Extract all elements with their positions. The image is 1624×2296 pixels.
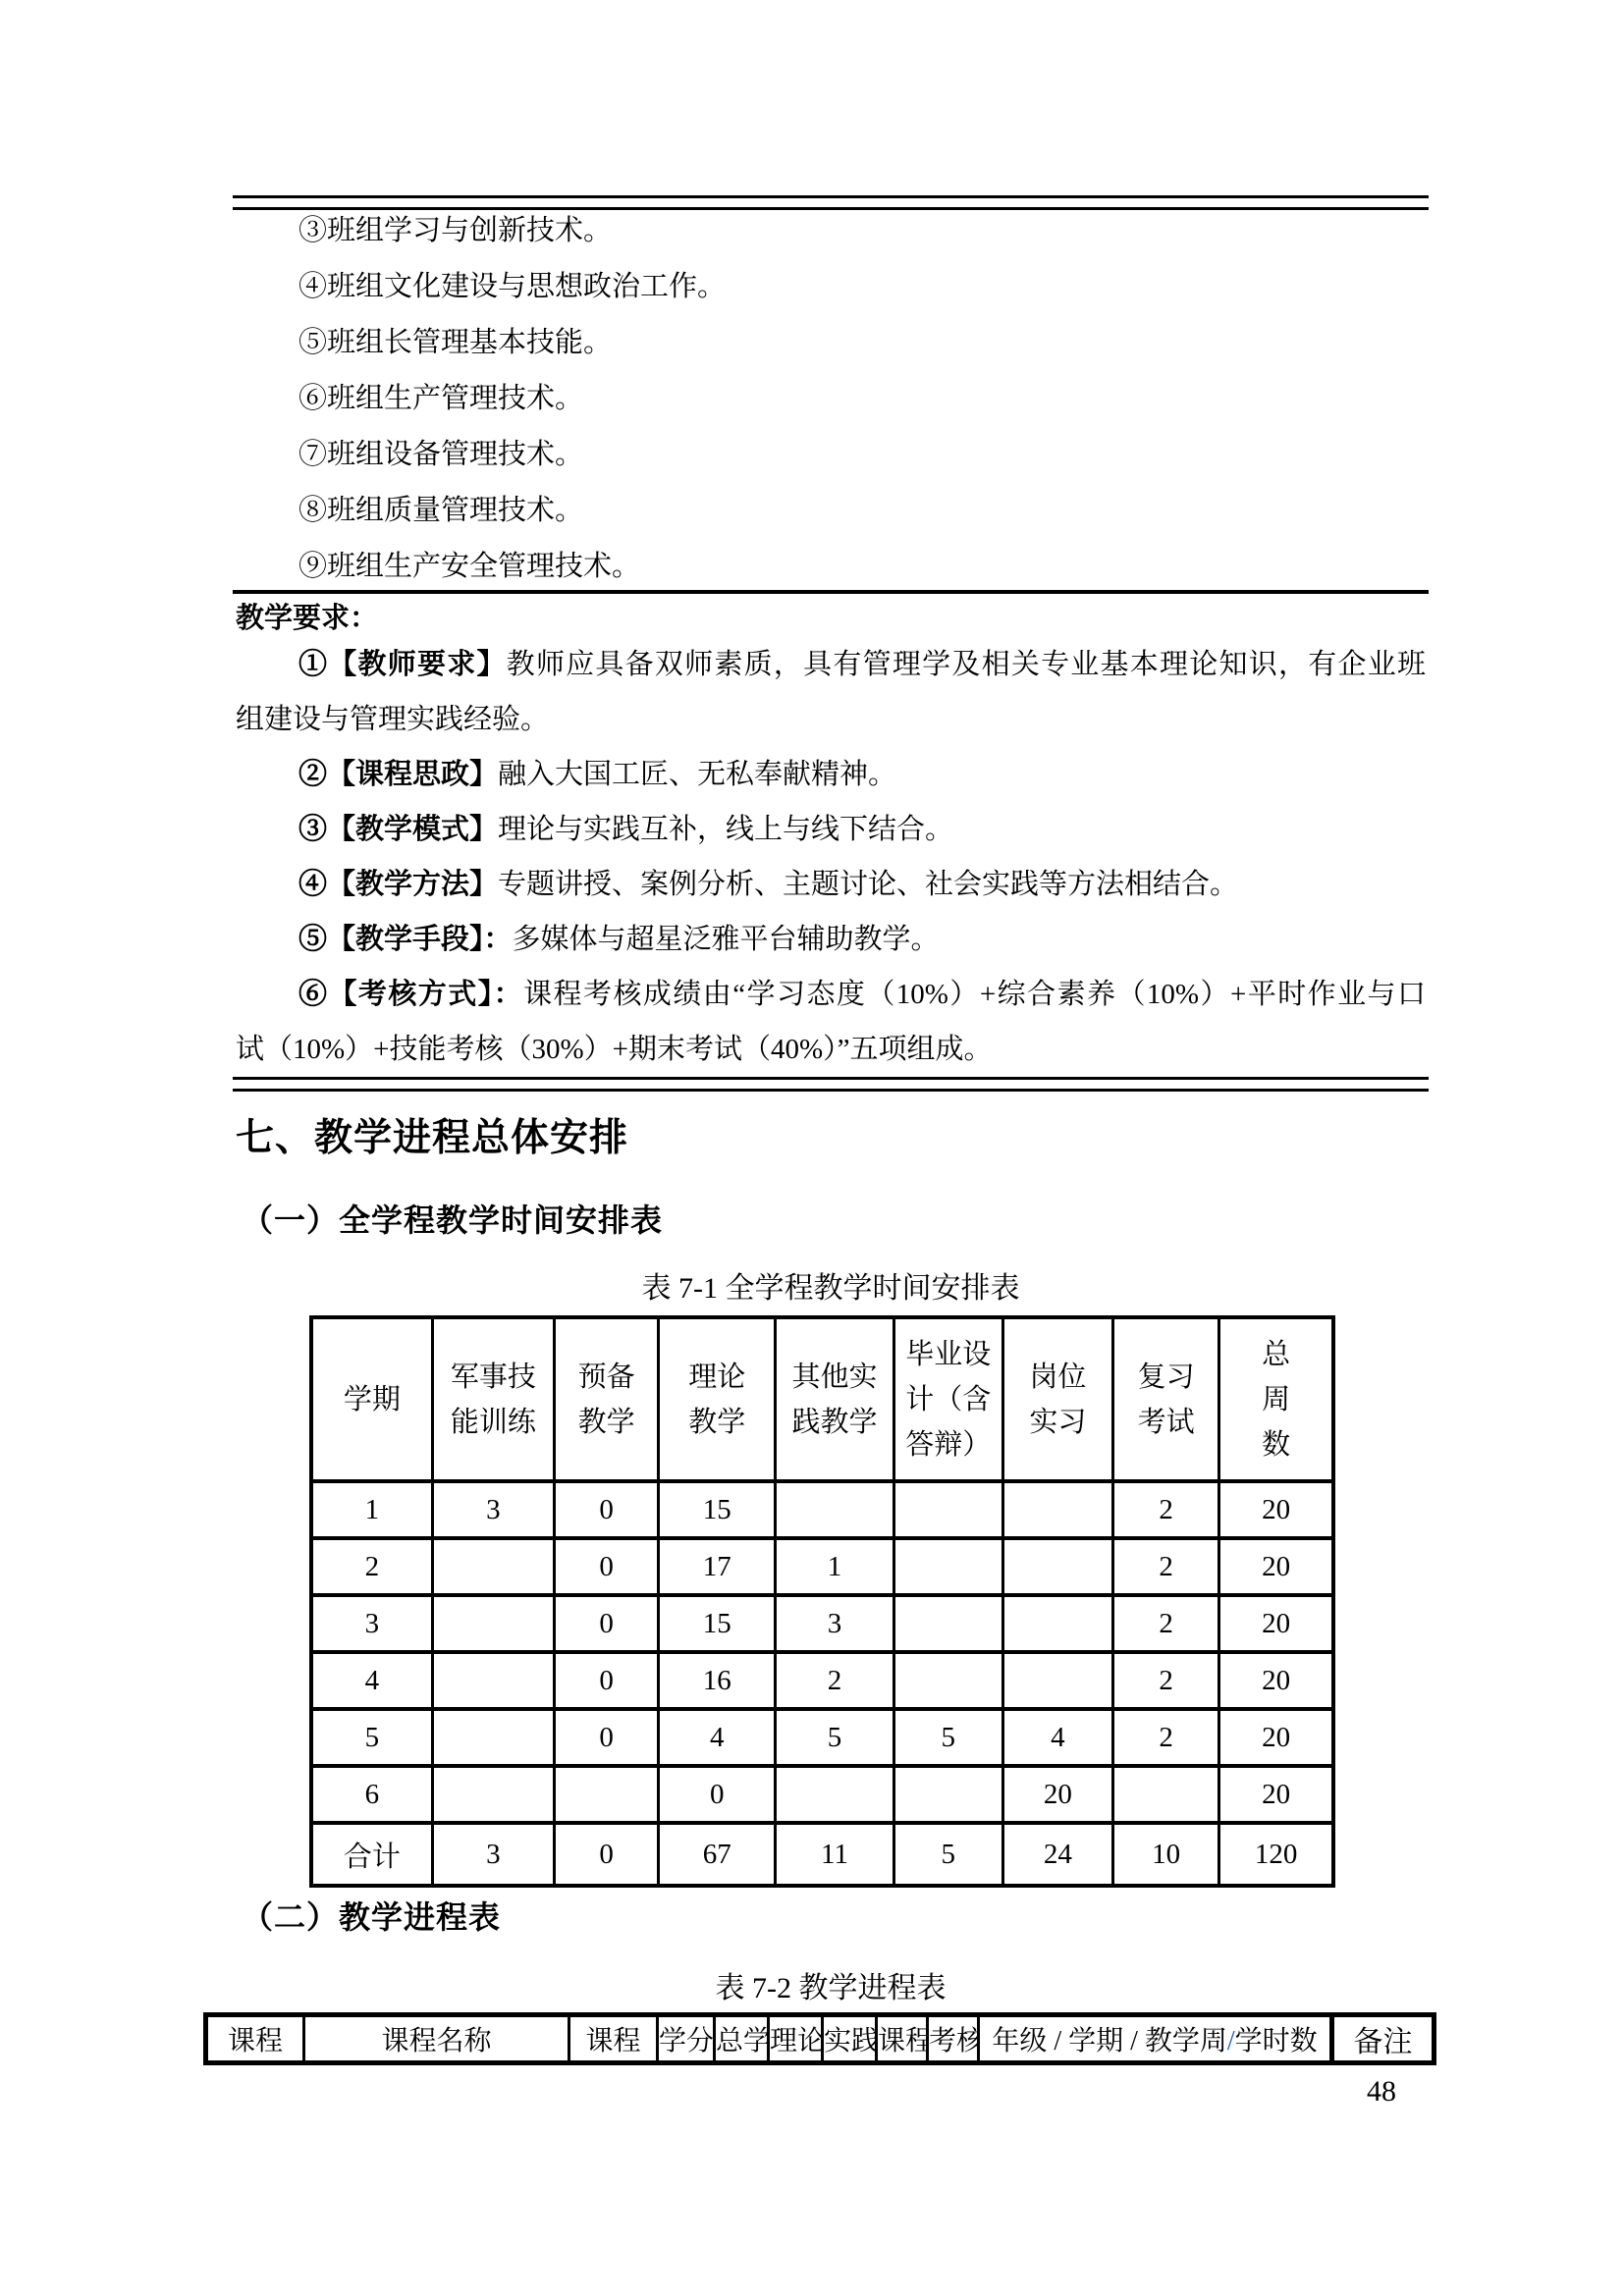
- table1-cell: [1002, 1595, 1112, 1652]
- table1-cell: 16: [659, 1652, 776, 1709]
- table2-header-cell: 学分: [658, 2015, 715, 2063]
- schedule-header-blue-slash: /: [1227, 2026, 1235, 2056]
- table1-cell: [893, 1595, 1002, 1652]
- table2-header-cell: 课程: [206, 2015, 304, 2063]
- content-item: ⑤班组长管理基本技能。: [236, 315, 1426, 371]
- table1-header-cell: 理论 教学: [659, 1317, 776, 1481]
- requirement-line: 试（10%）+技能考核（30%）+期末考试（40%）”五项组成。: [236, 1022, 1426, 1077]
- table1-cell: 2: [776, 1652, 893, 1709]
- table1-total-cell: 67: [659, 1823, 776, 1886]
- table1-cell: 20: [1219, 1652, 1333, 1709]
- table1-total-cell: 24: [1002, 1823, 1112, 1886]
- table1-cell: 2: [1113, 1709, 1219, 1766]
- table2-schedule-header-cell: 年级 / 学期 / 教学周/学时数: [979, 2015, 1332, 2063]
- requirement-line: 组建设与管理实践经验。: [236, 692, 1426, 747]
- requirement-tag: ①【教师要求】: [298, 649, 507, 680]
- table1-cell: 0: [659, 1766, 776, 1823]
- table1-row: 30153220: [311, 1595, 1333, 1652]
- table1-cell: 20: [1219, 1766, 1333, 1823]
- table-7-1-header: 学期军事技 能训练预备 教学理论 教学其他实 践教学毕业设 计（含 答辩）岗位 …: [311, 1317, 1333, 1481]
- table1-total-cell: 11: [776, 1823, 893, 1886]
- table1-cell: 2: [1113, 1595, 1219, 1652]
- subsection-1-heading: （一）全学程教学时间安排表: [242, 1196, 663, 1241]
- table-7-1-body: 1301522020171220301532204016222050455422…: [311, 1481, 1333, 1886]
- table1-cell: 3: [776, 1595, 893, 1652]
- content-item: ⑨班组生产安全管理技术。: [236, 539, 1426, 595]
- requirement-tag: ③【教学模式】: [298, 814, 498, 845]
- table1-total-row: 合计30671152410120: [311, 1823, 1333, 1886]
- teaching-requirements-heading: 教学要求：: [236, 590, 1426, 637]
- requirement-line: ⑤【教学手段】：多媒体与超星泛雅平台辅助教学。: [236, 912, 1426, 967]
- table-7-2-header-row: 课程课程名称课程学分总学理论实践课程考核年级 / 学期 / 教学周/学时数备注: [206, 2015, 1435, 2063]
- table-7-2-progress-header: 课程课程名称课程学分总学理论实践课程考核年级 / 学期 / 教学周/学时数备注: [203, 2012, 1436, 2065]
- table2-header-cell: 理论: [769, 2015, 823, 2063]
- table1-cell: [893, 1538, 1002, 1595]
- table1-total-cell: 3: [432, 1823, 554, 1886]
- table1-row: 504554220: [311, 1709, 1333, 1766]
- table-7-2-caption: 表 7-2 教学进程表: [233, 1963, 1429, 2006]
- table1-cell: 2: [1113, 1481, 1219, 1538]
- table1-cell: 3: [311, 1595, 432, 1652]
- table1-cell: [1113, 1766, 1219, 1823]
- table1-cell: 0: [554, 1709, 658, 1766]
- schedule-header-suffix: 学时数: [1235, 2026, 1318, 2056]
- table1-cell: 1: [311, 1481, 432, 1538]
- table1-cell: [432, 1538, 554, 1595]
- requirement-line: ⑥【考核方式】：课程考核成绩由“学习态度（10%）+综合素养（10%）+平时作业…: [236, 967, 1426, 1022]
- table1-cell: [1002, 1538, 1112, 1595]
- table2-header-cell: 课程: [569, 2015, 658, 2063]
- table1-cell: 1: [776, 1538, 893, 1595]
- table1-cell: 4: [311, 1652, 432, 1709]
- content-item: ⑦班组设备管理技术。: [236, 427, 1426, 483]
- table1-cell: 15: [659, 1481, 776, 1538]
- table2-header-cell: 课程名称: [304, 2015, 569, 2063]
- table-7-1-caption: 表 7-1 全学程教学时间安排表: [233, 1263, 1429, 1307]
- requirement-text: 专题讲授、案例分析、主题讨论、社会实践等方法相结合。: [498, 869, 1238, 900]
- content-item: ④班组文化建设与思想政治工作。: [236, 259, 1426, 315]
- course-content-item-list: ③班组学习与创新技术。④班组文化建设与思想政治工作。⑤班组长管理基本技能。⑥班组…: [236, 203, 1426, 595]
- requirement-text: 理论与实践互补，线上与线下结合。: [498, 814, 953, 845]
- document-page: ③班组学习与创新技术。④班组文化建设与思想政治工作。⑤班组长管理基本技能。⑥班组…: [0, 0, 1624, 2296]
- table1-cell: 6: [311, 1766, 432, 1823]
- table1-row: 20171220: [311, 1538, 1333, 1595]
- subsection-2-heading: （二）教学进程表: [242, 1893, 501, 1938]
- table1-cell: 5: [893, 1709, 1002, 1766]
- teaching-requirements-block: 教学要求： ①【教师要求】教师应具备双师素质，具有管理学及相关专业基本理论知识，…: [236, 590, 1426, 1077]
- table1-row: 40162220: [311, 1652, 1333, 1709]
- table2-header-cell: 总学: [715, 2015, 769, 2063]
- table1-row: 602020: [311, 1766, 1333, 1823]
- requirement-tag: ④【教学方法】: [298, 869, 498, 900]
- table1-cell: 5: [311, 1709, 432, 1766]
- table1-cell: [432, 1595, 554, 1652]
- table1-total-cell: 0: [554, 1823, 658, 1886]
- table1-cell: 4: [1002, 1709, 1112, 1766]
- table1-header-cell: 总 周 数: [1219, 1317, 1333, 1481]
- table1-cell: 20: [1002, 1766, 1112, 1823]
- table1-header-cell: 预备 教学: [554, 1317, 658, 1481]
- table1-total-cell: 10: [1113, 1823, 1219, 1886]
- table1-header-cell: 学期: [311, 1317, 432, 1481]
- content-item: ⑧班组质量管理技术。: [236, 483, 1426, 539]
- table1-cell: [893, 1481, 1002, 1538]
- requirement-tag: ②【课程思政】: [298, 759, 498, 790]
- table1-header-cell: 军事技 能训练: [432, 1317, 554, 1481]
- table2-remark-header-cell: 备注: [1332, 2015, 1435, 2063]
- requirement-text: 多媒体与超星泛雅平台辅助教学。: [513, 924, 940, 955]
- table1-header-cell: 复习 考试: [1113, 1317, 1219, 1481]
- table1-cell: 17: [659, 1538, 776, 1595]
- table1-cell: 5: [776, 1709, 893, 1766]
- requirement-text: 课程考核成绩由“学习态度（10%）+综合素养（10%）+平时作业与口: [523, 979, 1426, 1010]
- content-item: ⑥班组生产管理技术。: [236, 371, 1426, 427]
- table1-cell: 15: [659, 1595, 776, 1652]
- table1-cell: [432, 1766, 554, 1823]
- requirement-line: ②【课程思政】融入大国工匠、无私奉献精神。: [236, 747, 1426, 802]
- content-item: ③班组学习与创新技术。: [236, 203, 1426, 259]
- page-number: 48: [1367, 2075, 1396, 2109]
- requirement-line: ③【教学模式】理论与实践互补，线上与线下结合。: [236, 802, 1426, 857]
- requirement-tag: ⑥【考核方式】：: [298, 979, 523, 1010]
- table2-header-cell: 实践: [823, 2015, 877, 2063]
- table1-total-cell: 5: [893, 1823, 1002, 1886]
- table1-cell: 0: [554, 1652, 658, 1709]
- table1-total-cell: 合计: [311, 1823, 432, 1886]
- table1-row: 13015220: [311, 1481, 1333, 1538]
- table1-cell: 20: [1219, 1709, 1333, 1766]
- table1-cell: [432, 1652, 554, 1709]
- requirement-text: 组建设与管理实践经验。: [236, 704, 549, 735]
- table1-cell: 0: [554, 1538, 658, 1595]
- table1-cell: [1002, 1652, 1112, 1709]
- table1-cell: 0: [554, 1481, 658, 1538]
- teaching-requirements-body: ①【教师要求】教师应具备双师素质，具有管理学及相关专业基本理论知识，有企业班组建…: [236, 637, 1426, 1077]
- table1-cell: 0: [554, 1595, 658, 1652]
- table1-cell: [432, 1709, 554, 1766]
- section-7-heading: 七、教学进程总体安排: [236, 1107, 628, 1162]
- table1-header-cell: 岗位 实习: [1002, 1317, 1112, 1481]
- table1-cell: [893, 1652, 1002, 1709]
- table-continuation-rule-bottom: [233, 1077, 1429, 1092]
- table2-header-cell: 课程: [877, 2015, 928, 2063]
- requirement-line: ①【教师要求】教师应具备双师素质，具有管理学及相关专业基本理论知识，有企业班: [236, 637, 1426, 692]
- requirement-line: ④【教学方法】专题讲授、案例分析、主题讨论、社会实践等方法相结合。: [236, 857, 1426, 912]
- table1-cell: 3: [432, 1481, 554, 1538]
- table-7-1-schedule: 学期军事技 能训练预备 教学理论 教学其他实 践教学毕业设 计（含 答辩）岗位 …: [309, 1315, 1335, 1888]
- table1-cell: [893, 1766, 1002, 1823]
- table1-header-cell: 毕业设 计（含 答辩）: [893, 1317, 1002, 1481]
- schedule-header-prefix: 年级 / 学期 / 教学周: [992, 2026, 1227, 2056]
- table1-cell: 2: [1113, 1652, 1219, 1709]
- table1-cell: [1002, 1481, 1112, 1538]
- requirement-text: 教师应具备双师素质，具有管理学及相关专业基本理论知识，有企业班: [507, 649, 1426, 680]
- table1-total-cell: 120: [1219, 1823, 1333, 1886]
- table1-cell: 4: [659, 1709, 776, 1766]
- table1-cell: 2: [1113, 1538, 1219, 1595]
- table1-cell: [776, 1766, 893, 1823]
- table2-header-cell: 考核: [928, 2015, 979, 2063]
- table1-cell: 20: [1219, 1595, 1333, 1652]
- table1-header-cell: 其他实 践教学: [776, 1317, 893, 1481]
- table1-cell: 20: [1219, 1481, 1333, 1538]
- requirement-text: 融入大国工匠、无私奉献精神。: [498, 759, 896, 790]
- requirement-text: 试（10%）+技能考核（30%）+期末考试（40%）”五项组成。: [236, 1034, 993, 1065]
- requirement-tag: ⑤【教学手段】：: [298, 924, 513, 955]
- table1-cell: 20: [1219, 1538, 1333, 1595]
- table1-cell: [554, 1766, 658, 1823]
- table1-cell: 2: [311, 1538, 432, 1595]
- table1-cell: [776, 1481, 893, 1538]
